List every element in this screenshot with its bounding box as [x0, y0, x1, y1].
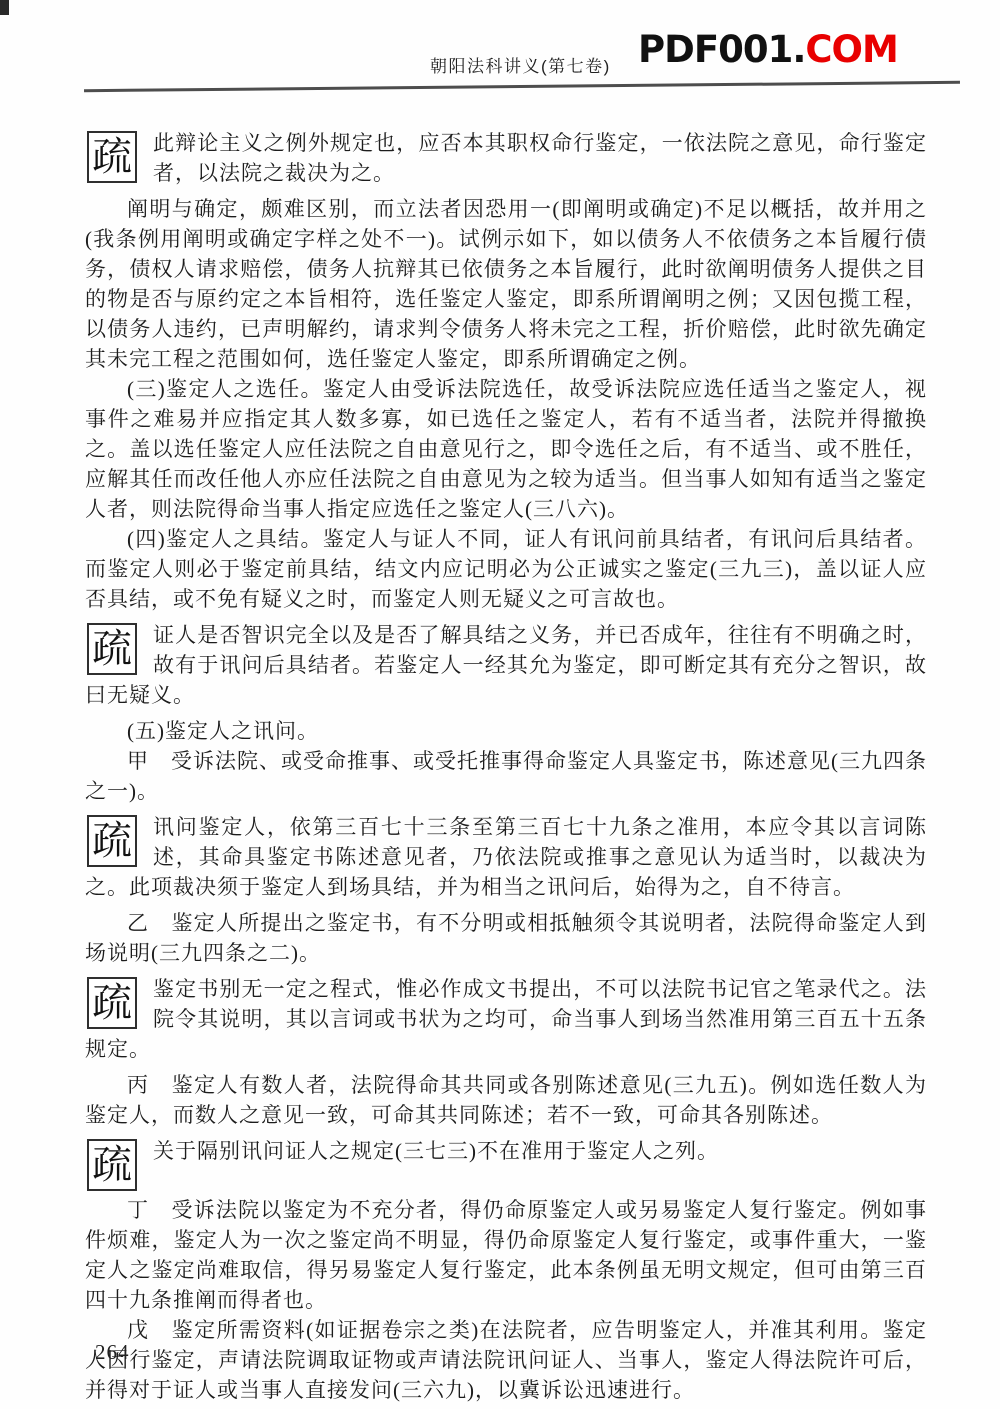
shu-annotation-text: 鉴定书别无一定之程式，惟必作成文书提出，不可以法院书记官之笔录代之。法院令其说明… — [85, 977, 927, 1061]
running-head-book-title: 朝阳法科讲义(第七卷) — [430, 52, 611, 77]
scanned-book-page: 朝阳法科讲义(第七卷) PDF001.COM 疏此辩论主义之例外规定也，应否本其… — [0, 0, 1000, 1409]
shu-annotation-block: 疏证人是否智识完全以及是否了解具结之义务，并已否成年，往往有不明确之时，故有于讯… — [85, 620, 927, 710]
shu-marker-box: 疏 — [87, 623, 137, 675]
body-paragraph: 丙 鉴定人有数人者，法院得命其共同或各别陈述意见(三九五)。例如选任数人为鉴定人… — [85, 1070, 927, 1130]
body-paragraph: 丁 受诉法院以鉴定为不充分者，得仍命原鉴定人或另易鉴定人复行鉴定。例如事件烦难，… — [85, 1195, 927, 1315]
watermark-logo-dot: . — [792, 28, 805, 71]
body-paragraph: (五)鉴定人之讯问。 — [85, 716, 927, 746]
scan-corner-artifact — [0, 0, 9, 15]
shu-annotation-block: 疏鉴定书别无一定之程式，惟必作成文书提出，不可以法院书记官之笔录代之。法院令其说… — [85, 974, 927, 1064]
shu-annotation-text: 关于隔别讯问证人之规定(三七三)不在准用于鉴定人之列。 — [153, 1139, 719, 1163]
shu-annotation-block: 疏讯问鉴定人，依第三百七十三条至第三百七十九条之准用，本应令其以言词陈述，其命具… — [85, 812, 927, 902]
body-paragraph: (四)鉴定人之具结。鉴定人与证人不同，证人有讯问前具结者，有讯问后具结者。而鉴定… — [85, 524, 927, 614]
shu-annotation-block: 疏此辩论主义之例外规定也，应否本其职权命行鉴定，一依法院之意见，命行鉴定者，以法… — [85, 128, 927, 188]
header-divider-rule — [84, 81, 960, 92]
shu-annotation-block: 疏关于隔别讯问证人之规定(三七三)不在准用于鉴定人之列。 — [85, 1136, 927, 1166]
body-paragraph: (三)鉴定人之选任。鉴定人由受诉法院选任，故受诉法院应选任适当之鉴定人，视事件之… — [85, 374, 927, 524]
body-paragraph: 戊 鉴定所需资料(如证据卷宗之类)在法院者，应告明鉴定人，并准其利用。鉴定人因行… — [85, 1315, 927, 1405]
shu-annotation-text: 讯问鉴定人，依第三百七十三条至第三百七十九条之准用，本应令其以言词陈述，其命具鉴… — [85, 815, 927, 899]
shu-annotation-text: 此辩论主义之例外规定也，应否本其职权命行鉴定，一依法院之意见，命行鉴定者，以法院… — [153, 131, 927, 185]
shu-marker-box: 疏 — [87, 1139, 137, 1191]
page-number: 264 — [95, 1340, 130, 1365]
shu-marker-box: 疏 — [87, 131, 137, 183]
body-text-column: 疏此辩论主义之例外规定也，应否本其职权命行鉴定，一依法院之意见，命行鉴定者，以法… — [85, 122, 927, 1405]
watermark-logo-red: COM — [805, 28, 897, 71]
body-paragraph: 甲 受诉法院、或受命推事、或受托推事得命鉴定人具鉴定书，陈述意见(三九四条之一)… — [85, 746, 927, 806]
watermark-logo-black: PDF001 — [638, 28, 792, 71]
shu-marker-box: 疏 — [87, 815, 137, 867]
body-paragraph: 阐明与确定，颇难区别，而立法者因恐用一(即阐明或确定)不足以概括，故并用之(我条… — [85, 194, 927, 374]
shu-annotation-text: 证人是否智识完全以及是否了解具结之义务，并已否成年，往往有不明确之时，故有于讯问… — [85, 623, 927, 707]
body-paragraph: 乙 鉴定人所提出之鉴定书，有不分明或相抵触须令其说明者，法院得命鉴定人到场说明(… — [85, 908, 927, 968]
shu-marker-box: 疏 — [87, 977, 137, 1029]
watermark-logo: PDF001.COM — [638, 28, 898, 71]
